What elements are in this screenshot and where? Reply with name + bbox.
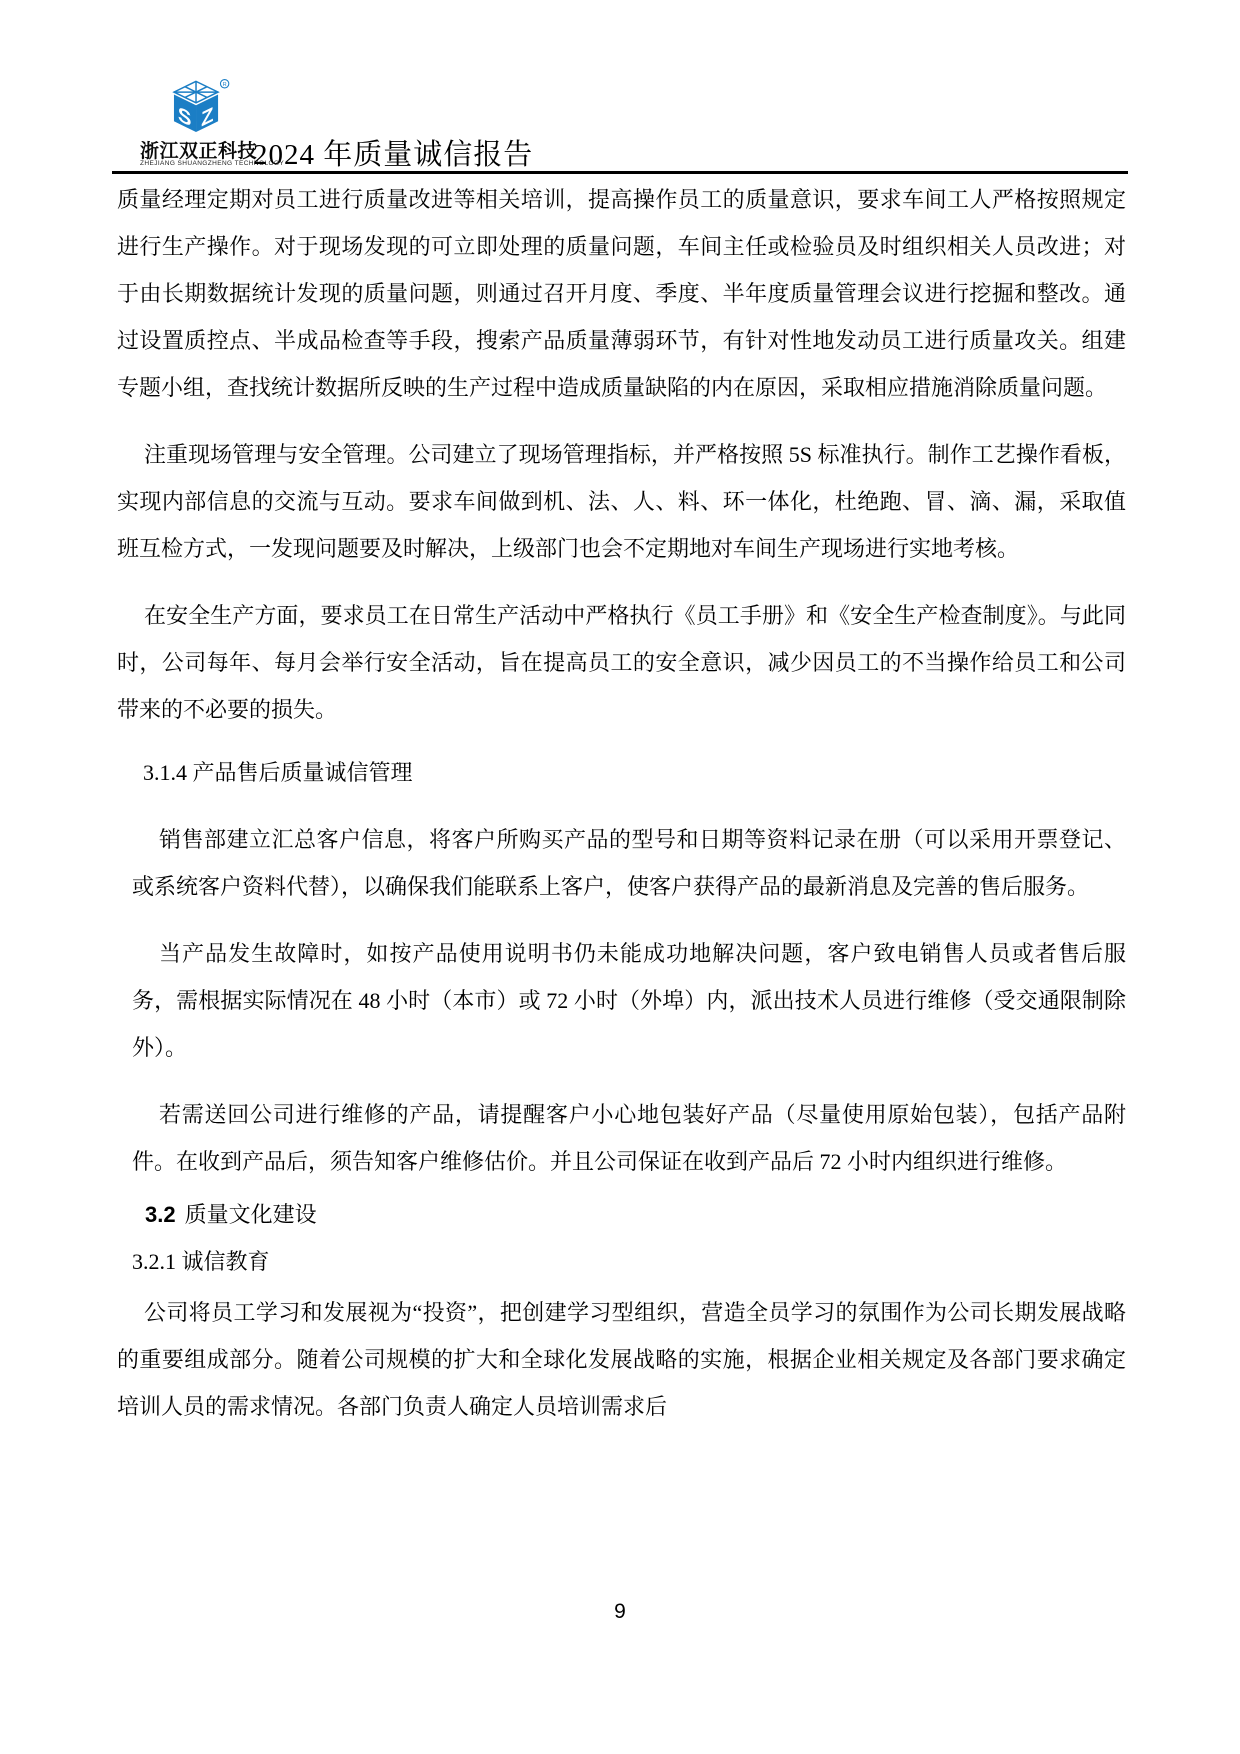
document-title: 2024 年质量诚信报告 [253, 132, 533, 173]
sz-cube-logo-icon: S Z R [168, 78, 230, 141]
page-number: 9 [0, 1600, 1240, 1624]
paragraph-production-safety: 在安全生产方面，要求员工在日常生产活动中严格执行《员工手册》和《安全生产检查制度… [117, 592, 1126, 733]
paragraph-sales-records: 销售部建立汇总客户信息，将客户所购买产品的型号和日期等资料记录在册（可以采用开票… [132, 816, 1126, 910]
report-page: S Z R 浙江双正科技 ZHEJIANG SHUANGZHENG TECHNO… [0, 0, 1240, 1754]
section-heading-3-2: 3.2质量文化建设 [145, 1191, 1126, 1238]
registered-trademark-icon: R [223, 82, 227, 88]
paragraph-training-needs: 公司将员工学习和发展视为“投资”，把创建学习型组织，营造全员学习的氛围作为公司长… [117, 1289, 1126, 1430]
document-body: 质量经理定期对员工进行质量改进等相关培训，提高操作员工的质量意识，要求车间工人严… [117, 174, 1126, 1430]
paragraph-quality-training: 质量经理定期对员工进行质量改进等相关培训，提高操作员工的质量意识，要求车间工人严… [117, 176, 1126, 411]
section-heading-3-2-1: 3.2.1 诚信教育 [132, 1238, 1126, 1285]
section-heading-3-1-4: 3.1.4 产品售后质量诚信管理 [143, 749, 1126, 796]
paragraph-return-repair: 若需送回公司进行维修的产品，请提醒客户小心地包装好产品（尽量使用原始包装），包括… [132, 1091, 1126, 1185]
section-number: 3.2 [145, 1202, 176, 1227]
paragraph-site-management: 注重现场管理与安全管理。公司建立了现场管理指标，并严格按照 5S 标准执行。制作… [117, 431, 1126, 572]
section-label: 质量文化建设 [185, 1202, 317, 1227]
paragraph-fault-service: 当产品发生故障时，如按产品使用说明书仍未能成功地解决问题，客户致电销售人员或者售… [132, 930, 1126, 1071]
